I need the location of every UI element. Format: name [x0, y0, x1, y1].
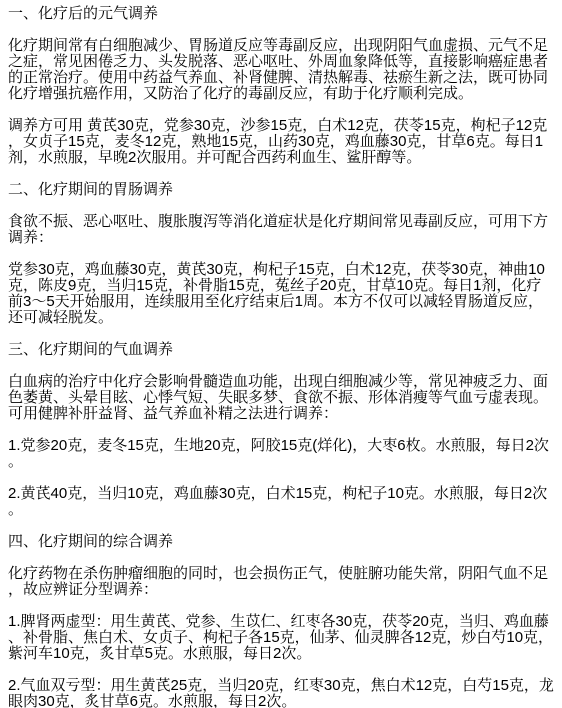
paragraph: 2.气血双亏型：用生黄芪25克，当归20克，红枣30克，焦白术12克，白芍15克… — [8, 678, 556, 708]
section-title: 四、化疗期间的综合调养 — [8, 534, 556, 550]
document-body: 一、化疗后的元气调养 化疗期间常有白细胞减少、胃肠道反应等毒副反应，出现阴阳气血… — [0, 0, 562, 708]
paragraph: 党参30克，鸡血藤30克，黄芪30克，枸杞子15克，白术12克，茯苓30克，神曲… — [8, 262, 556, 326]
section-title: 三、化疗期间的气血调养 — [8, 342, 556, 358]
paragraph: 白血病的治疗中化疗会影响骨髓造血功能，出现白细胞减少等，常见神疲乏力、面色萎黄、… — [8, 374, 556, 422]
section-qixue-care: 三、化疗期间的气血调养 白血病的治疗中化疗会影响骨髓造血功能，出现白细胞减少等，… — [8, 342, 556, 518]
section-yuanqi-care: 一、化疗后的元气调养 化疗期间常有白细胞减少、胃肠道反应等毒副反应，出现阴阳气血… — [8, 6, 556, 166]
section-title: 二、化疗期间的胃肠调养 — [8, 182, 556, 198]
paragraph: 食欲不振、恶心呕吐、腹胀腹泻等消化道症状是化疗期间常见毒副反应，可用下方调养： — [8, 214, 556, 246]
paragraph: 化疗期间常有白细胞减少、胃肠道反应等毒副反应，出现阴阳气血虚损、元气不足之症，常… — [8, 38, 556, 102]
paragraph: 2.黄芪40克，当归10克，鸡血藤30克，白术15克，枸杞子10克。水煎服，每日… — [8, 486, 556, 518]
section-zonghe-care: 四、化疗期间的综合调养 化疗药物在杀伤肿瘤细胞的同时，也会损伤正气，使脏腑功能失… — [8, 534, 556, 708]
paragraph: 1.脾肾两虚型：用生黄芪、党参、生苡仁、红枣各30克，茯苓20克，当归、鸡血藤、… — [8, 614, 556, 662]
paragraph: 1.党参20克，麦冬15克，生地20克，阿胶15克(烊化)，大枣6枚。水煎服，每… — [8, 438, 556, 470]
paragraph: 调养方可用 黄芪30克，党参30克，沙参15克，白术12克，茯苓15克，枸杞子1… — [8, 118, 556, 166]
paragraph: 化疗药物在杀伤肿瘤细胞的同时，也会损伤正气，使脏腑功能失常，阴阳气血不足，故应辨… — [8, 566, 556, 598]
section-weichang-care: 二、化疗期间的胃肠调养 食欲不振、恶心呕吐、腹胀腹泻等消化道症状是化疗期间常见毒… — [8, 182, 556, 326]
section-title: 一、化疗后的元气调养 — [8, 6, 556, 22]
